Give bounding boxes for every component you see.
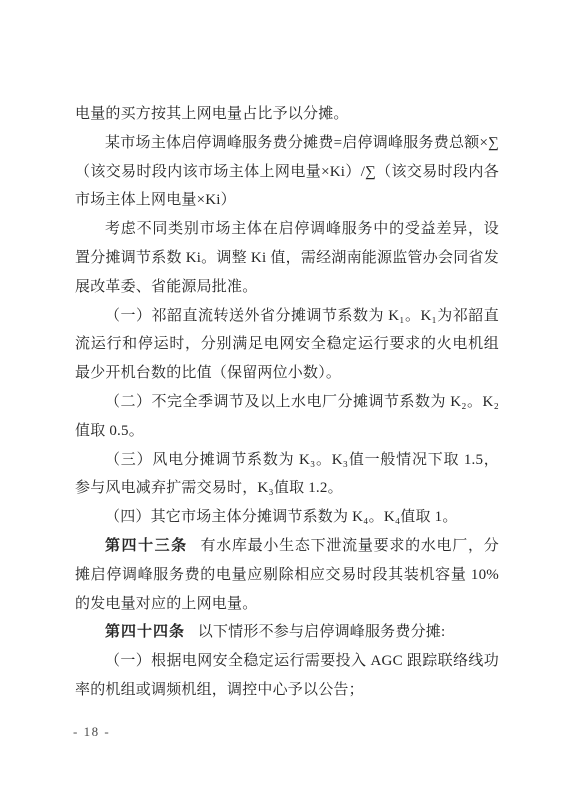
page-number: - 18 - — [73, 724, 110, 740]
paragraph-text: （一）祁韶直流转送外省分摊调节系数为 K₁。K₁为祁韶直流运行和停运时，分别满足… — [75, 308, 499, 382]
paragraph-article-44: 第四十四条以下情形不参与启停调峰服务费分摊: — [75, 618, 499, 647]
paragraph-text: 考虑不同类别市场主体在启停调峰服务中的受益差异，设置分摊调节系数 Ki。调整 K… — [75, 221, 499, 295]
paragraph-item-4-k4: （四）其它市场主体分摊调节系数为 K₄。K₄值取 1。 — [75, 503, 499, 532]
paragraph-text: 某市场主体启停调峰服务费分摊费=启停调峰服务费总额×∑（该交易时段内该市场主体上… — [75, 135, 499, 209]
paragraph-text: 电量的买方按其上网电量占比予以分摊。 — [75, 106, 349, 122]
paragraph-text: （二）不完全季调节及以上水电厂分摊调节系数为 K₂。K₂值取 0.5。 — [75, 394, 499, 439]
document-body: 电量的买方按其上网电量占比予以分摊。 某市场主体启停调峰服务费分摊费=启停调峰服… — [75, 100, 499, 705]
paragraph-continuation: 电量的买方按其上网电量占比予以分摊。 — [75, 100, 499, 129]
paragraph-item-1-k1: （一）祁韶直流转送外省分摊调节系数为 K₁。K₁为祁韶直流运行和停运时，分别满足… — [75, 302, 499, 388]
paragraph-coefficient-intro: 考虑不同类别市场主体在启停调峰服务中的受益差异，设置分摊调节系数 Ki。调整 K… — [75, 215, 499, 301]
paragraph-article-44-item-1: （一）根据电网安全稳定运行需要投入 AGC 跟踪联络线功率的机组或调频机组，调控… — [75, 647, 499, 705]
paragraph-article-43: 第四十三条有水库最小生态下泄流量要求的水电厂，分摊启停调峰服务费的电量应剔除相应… — [75, 532, 499, 618]
article-44-term: 第四十四条 — [105, 623, 185, 640]
article-43-term: 第四十三条 — [105, 537, 188, 554]
paragraph-text: （四）其它市场主体分摊调节系数为 K₄。K₄值取 1。 — [105, 509, 458, 525]
paragraph-text: 以下情形不参与启停调峰服务费分摊: — [198, 624, 446, 640]
paragraph-item-2-k2: （二）不完全季调节及以上水电厂分摊调节系数为 K₂。K₂值取 0.5。 — [75, 388, 499, 446]
paragraph-text: （一）根据电网安全稳定运行需要投入 AGC 跟踪联络线功率的机组或调频机组，调控… — [75, 653, 499, 698]
paragraph-formula: 某市场主体启停调峰服务费分摊费=启停调峰服务费总额×∑（该交易时段内该市场主体上… — [75, 129, 499, 215]
paragraph-text: （三）风电分摊调节系数为 K₃。K₃值一般情况下取 1.5，参与风电减弃扩需交易… — [75, 452, 499, 497]
paragraph-item-3-k3: （三）风电分摊调节系数为 K₃。K₃值一般情况下取 1.5，参与风电减弃扩需交易… — [75, 446, 499, 504]
document-page: 电量的买方按其上网电量占比予以分摊。 某市场主体启停调峰服务费分摊费=启停调峰服… — [0, 0, 566, 800]
